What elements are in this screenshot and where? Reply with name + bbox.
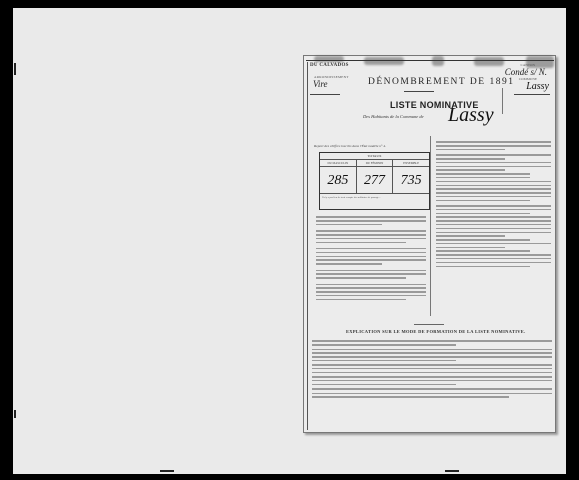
paper-stain bbox=[432, 56, 444, 66]
commune-name-handwritten: Lassy bbox=[448, 104, 494, 127]
col-feminin: DU FÉMININ bbox=[357, 160, 394, 166]
top-rule bbox=[306, 60, 554, 61]
scan-mark bbox=[160, 470, 174, 472]
header-divider bbox=[502, 88, 503, 114]
census-title: DÉNOMBREMENT DE 1891 bbox=[368, 77, 514, 87]
totals-columns: DU MASCULIN DU FÉMININ ENSEMBLE bbox=[320, 160, 429, 167]
paper-stain bbox=[474, 57, 504, 66]
commune-value: Lassy bbox=[526, 81, 549, 92]
scan-mark bbox=[445, 470, 459, 472]
totals-table: TOTAUX DU MASCULIN DU FÉMININ ENSEMBLE 2… bbox=[319, 152, 430, 210]
paper-stain bbox=[314, 56, 344, 62]
census-sheet: DU CALVADOS ARRONDISSEMENT Vire DÉNOMBRE… bbox=[303, 55, 556, 433]
left-rule bbox=[310, 94, 340, 95]
col-masculin: DU MASCULIN bbox=[320, 160, 357, 166]
totals-note: Il n'y a pas lieu de tenir compte des mi… bbox=[320, 194, 429, 201]
report-title: Report des chiffres inscrits dans l'État… bbox=[314, 144, 386, 148]
scan-mark bbox=[14, 410, 16, 418]
value-masculin: 285 bbox=[320, 167, 357, 193]
explanation-title: EXPLICATION SUR LE MODE DE FORMATION DE … bbox=[346, 329, 526, 334]
right-rule bbox=[514, 94, 550, 95]
title-underline bbox=[404, 91, 434, 92]
col-ensemble: ENSEMBLE bbox=[393, 160, 429, 166]
paper-stain bbox=[364, 57, 404, 65]
value-feminin: 277 bbox=[357, 167, 394, 193]
totals-values: 285 277 735 bbox=[320, 167, 429, 194]
department-label: DU CALVADOS bbox=[310, 63, 349, 68]
totals-header: TOTAUX bbox=[320, 153, 429, 160]
explanation-text bbox=[312, 338, 552, 400]
section-rule bbox=[414, 324, 444, 325]
left-border bbox=[307, 62, 308, 430]
value-ensemble: 735 bbox=[393, 167, 429, 193]
left-instructions bbox=[316, 214, 426, 302]
habitants-label: Des Habitants de la Commune de bbox=[363, 114, 424, 119]
canton-value: Condé s/ N. bbox=[505, 67, 547, 77]
column-divider bbox=[430, 136, 431, 316]
scan-mark bbox=[14, 63, 16, 75]
right-instructions bbox=[436, 139, 551, 269]
arrondissement-value: Vire bbox=[313, 79, 328, 89]
